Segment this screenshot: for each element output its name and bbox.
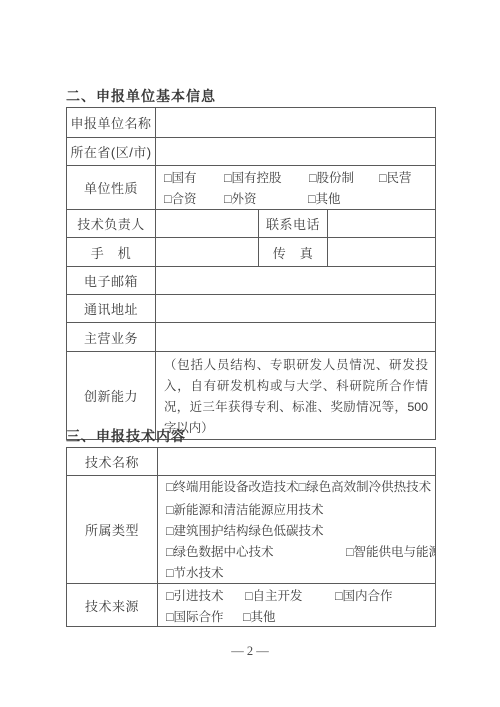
checkbox-option-international-cooperation[interactable]: □国际合作 bbox=[166, 607, 224, 625]
checkbox-option-other-nature[interactable]: □其他 bbox=[308, 189, 341, 207]
checkbox-option-other-source[interactable]: □其他 bbox=[243, 607, 276, 625]
province-label: 所在省(区/市) bbox=[67, 138, 156, 166]
checkbox-option-smart-power-energy-control[interactable]: □智能供电与能源管控技术 bbox=[346, 542, 436, 560]
checkbox-option-building-envelope[interactable]: □建筑围护结构绿色低碳技术 bbox=[166, 521, 324, 539]
province-input[interactable] bbox=[156, 138, 436, 166]
unit-nature-label: 单位性质 bbox=[67, 166, 156, 210]
checkbox-option-green-datacenter[interactable]: □绿色数据中心技术 bbox=[166, 542, 274, 560]
row-mobile-fax: 手 机 传 真 bbox=[67, 238, 436, 267]
checkbox-option-domestic-cooperation[interactable]: □国内合作 bbox=[335, 586, 393, 604]
checkbox-option-self-developed[interactable]: □自主开发 bbox=[245, 586, 303, 604]
contact-phone-input[interactable] bbox=[328, 210, 436, 238]
address-label: 通讯地址 bbox=[67, 295, 156, 323]
checkbox-option-terminal-energy-equipment[interactable]: □终端用能设备改造技术 bbox=[166, 480, 299, 494]
category-options: □终端用能设备改造技术□绿色高效制冷供热技术 □新能源和清洁能源应用技术 □建筑… bbox=[158, 476, 436, 584]
tech-source-label: 技术来源 bbox=[67, 584, 158, 627]
row-unit-name: 申报单位名称 bbox=[67, 108, 436, 138]
row-tech-leader: 技术负责人 联系电话 bbox=[67, 210, 436, 238]
row-email: 电子邮箱 bbox=[67, 267, 436, 295]
row-tech-name: 技术名称 bbox=[67, 448, 436, 476]
category-options-line-5: □节水技术 bbox=[158, 561, 435, 582]
tech-name-input[interactable] bbox=[158, 448, 436, 476]
checkbox-option-water-saving[interactable]: □节水技术 bbox=[166, 563, 224, 581]
main-business-input[interactable] bbox=[156, 323, 436, 352]
row-province: 所在省(区/市) bbox=[67, 138, 436, 166]
unit-nature-options: □国有 □国有控股 □股份制 □民营 □合资 □外资 □其他 bbox=[156, 166, 436, 210]
checkbox-option-imported-tech[interactable]: □引进技术 bbox=[166, 586, 224, 604]
section-3-heading: 三、申报技术内容 bbox=[66, 426, 186, 446]
tech-source-options-line-2: □国际合作 □其他 bbox=[158, 605, 435, 626]
checkbox-option-new-clean-energy[interactable]: □新能源和清洁能源应用技术 bbox=[166, 500, 324, 518]
mobile-label: 手 机 bbox=[67, 238, 156, 267]
fax-input[interactable] bbox=[328, 238, 436, 267]
category-label: 所属类型 bbox=[67, 476, 158, 584]
row-category: 所属类型 □终端用能设备改造技术□绿色高效制冷供热技术 □新能源和清洁能源应用技… bbox=[67, 476, 436, 584]
category-options-line-2: □新能源和清洁能源应用技术 bbox=[158, 498, 435, 519]
main-business-label: 主营业务 bbox=[67, 323, 156, 352]
row-tech-source: 技术来源 □引进技术 □自主开发 □国内合作 □国际合作 □其他 bbox=[67, 584, 436, 627]
unit-nature-options-line-1: □国有 □国有控股 □股份制 □民营 bbox=[156, 167, 435, 188]
innovation-input[interactable]: （包括人员结构、专职研发人员情况、研发投入，自有研发机构或与大学、科研院所合作情… bbox=[156, 352, 436, 440]
category-options-line-4: □绿色数据中心技术 □智能供电与能源管控技术 bbox=[158, 540, 435, 561]
checkbox-option-joint-stock[interactable]: □股份制 bbox=[309, 168, 354, 186]
checkbox-option-green-cooling-heating[interactable]: □绿色高效制冷供热技术 bbox=[299, 480, 432, 494]
tech-source-options: □引进技术 □自主开发 □国内合作 □国际合作 □其他 bbox=[158, 584, 436, 627]
tech-name-label: 技术名称 bbox=[67, 448, 158, 476]
email-label: 电子邮箱 bbox=[67, 267, 156, 295]
tech-leader-input[interactable] bbox=[156, 210, 259, 238]
checkbox-option-foreign[interactable]: □外资 bbox=[224, 189, 257, 207]
row-main-business: 主营业务 bbox=[67, 323, 436, 352]
technology-info-table: 技术名称 所属类型 □终端用能设备改造技术□绿色高效制冷供热技术 □新能源和清洁… bbox=[66, 447, 436, 627]
mobile-input[interactable] bbox=[156, 238, 259, 267]
checkbox-option-state-owned[interactable]: □国有 bbox=[164, 168, 197, 186]
category-options-line-1: □终端用能设备改造技术□绿色高效制冷供热技术 bbox=[158, 477, 435, 498]
row-address: 通讯地址 bbox=[67, 295, 436, 323]
address-input[interactable] bbox=[156, 295, 436, 323]
checkbox-option-private[interactable]: □民营 bbox=[379, 168, 412, 186]
tech-leader-label: 技术负责人 bbox=[67, 210, 156, 238]
category-options-line-3: □建筑围护结构绿色低碳技术 bbox=[158, 519, 435, 540]
applicant-info-table: 申报单位名称 所在省(区/市) 单位性质 □国有 □国有控股 □股份制 □民营 bbox=[66, 107, 436, 440]
checkbox-option-joint-venture[interactable]: □合资 bbox=[164, 189, 197, 207]
checkbox-option-state-holding[interactable]: □国有控股 bbox=[224, 168, 282, 186]
contact-phone-label: 联系电话 bbox=[259, 210, 328, 238]
tech-source-options-line-1: □引进技术 □自主开发 □国内合作 bbox=[158, 584, 435, 605]
unit-name-label: 申报单位名称 bbox=[67, 108, 156, 138]
unit-nature-options-line-2: □合资 □外资 □其他 bbox=[156, 188, 435, 209]
row-unit-nature: 单位性质 □国有 □国有控股 □股份制 □民营 □合资 □外资 □其他 bbox=[67, 166, 436, 210]
email-input[interactable] bbox=[156, 267, 436, 295]
page-number: — 2 — bbox=[0, 644, 500, 659]
innovation-note: （包括人员结构、专职研发人员情况、研发投入，自有研发机构或与大学、科研院所合作情… bbox=[156, 352, 435, 439]
fax-label: 传 真 bbox=[259, 238, 328, 267]
section-2-heading: 二、申报单位基本信息 bbox=[66, 86, 216, 106]
unit-name-input[interactable] bbox=[156, 108, 436, 138]
document-page: 二、申报单位基本信息 申报单位名称 所在省(区/市) 单位性质 □国有 □国有控… bbox=[0, 0, 500, 707]
